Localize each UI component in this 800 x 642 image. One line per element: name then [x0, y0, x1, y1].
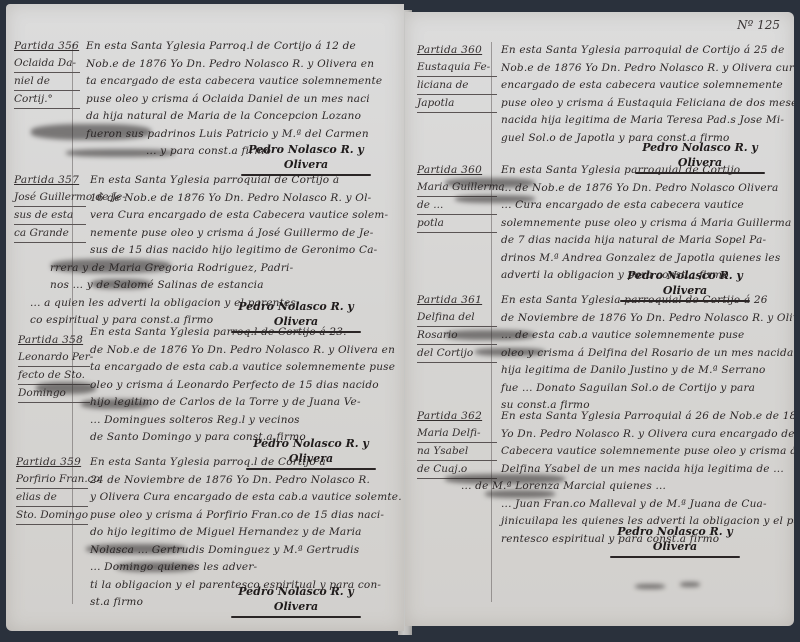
ink-strikeout	[91, 279, 151, 289]
entry-body: En esta Santa Yglesia parroq.l de Cortij…	[90, 324, 395, 447]
entry-margin: Partida 360 Eustaquia Fe- liciana de Jap…	[417, 42, 497, 113]
ink-strikeout	[445, 178, 535, 188]
ink-strikeout	[36, 382, 96, 394]
right-page: Nº 125 Partida 360 Eustaquia Fe- liciana…	[405, 12, 794, 626]
signature-flourish	[610, 556, 740, 558]
ink-strikeout	[116, 562, 196, 572]
ink-strikeout	[445, 474, 565, 484]
ink-strikeout	[66, 149, 176, 157]
ink-strikeout	[86, 544, 186, 554]
entry-margin: Partida 359 Porfirio Fran.co elias de St…	[16, 454, 88, 525]
ink-blot	[635, 584, 665, 589]
ink-strikeout	[475, 348, 545, 356]
ink-blot	[680, 582, 700, 587]
entry-label: Partida 356	[14, 38, 80, 55]
folio-number: Nº 125	[737, 18, 780, 32]
entry-margin: Partida 356 Oclaida Da- niel de Cortij.°	[14, 38, 80, 109]
signature-flourish	[231, 616, 361, 618]
entry-margin: Partida 357 José Guillermo de Je- sus de…	[14, 172, 86, 243]
priest-signature: Pedro Nolasco R. y Olivera	[231, 584, 361, 618]
priest-signature: Pedro Nolasco R. y Olivera	[241, 142, 371, 176]
entry-body: En esta Santa Yglesia parroquial de Cort…	[501, 42, 791, 147]
entry-margin: Partida 362 Maria Delfi- na Ysabel de Cu…	[417, 408, 497, 479]
priest-signature: Pedro Nolasco R. y Olivera	[610, 524, 740, 558]
left-page: Partida 356 Oclaida Da- niel de Cortij.°…	[6, 4, 404, 631]
ink-strikeout	[455, 195, 535, 203]
ink-strikeout	[445, 330, 535, 340]
ink-strikeout	[51, 259, 171, 273]
entry-body: En esta Santa Yglesia parroquial de Cort…	[501, 162, 791, 285]
ink-strikeout	[81, 399, 151, 409]
ink-strikeout	[31, 124, 151, 140]
ink-strikeout	[485, 490, 555, 498]
